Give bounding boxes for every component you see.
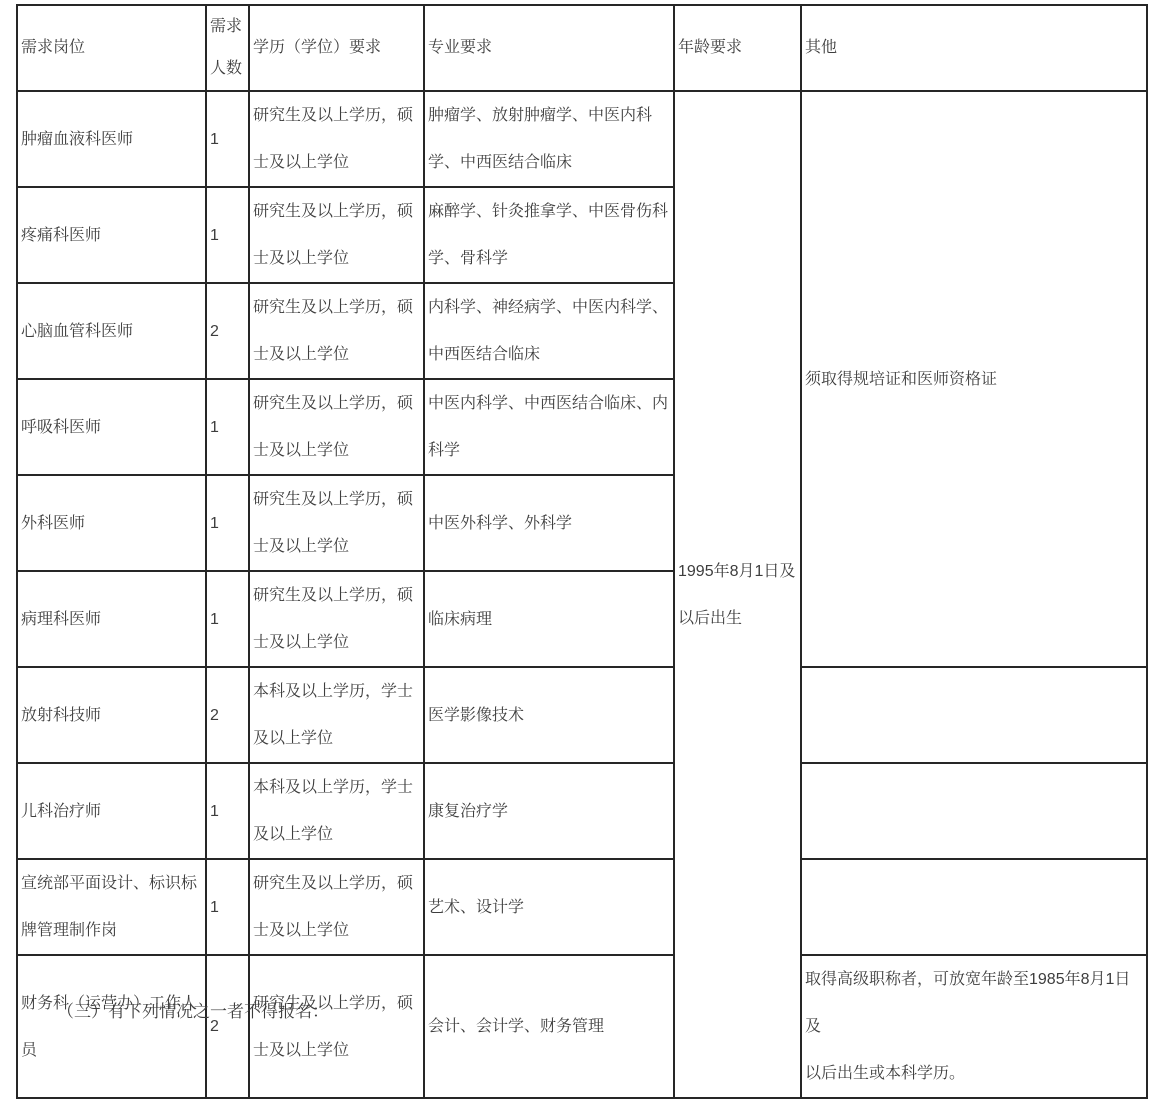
column-header-major: 专业要求 [424,5,674,91]
cell-major: 会计、会计学、财务管理 [424,955,674,1098]
cell-major: 医学影像技术 [424,667,674,763]
cell-degree: 研究生及以上学历，硕 士及以上学位 [249,379,424,475]
cell-degree: 研究生及以上学历，硕 士及以上学位 [249,571,424,667]
cell-major: 中医外科学、外科学 [424,475,674,571]
cell-other-empty [801,859,1147,955]
cell-count: 1 [206,475,249,571]
cell-degree: 研究生及以上学历，硕 士及以上学位 [249,187,424,283]
column-header-degree: 学历（学位）要求 [249,5,424,91]
cell-post: 财务科（运营办）工作人 员 [17,955,206,1098]
cell-count: 2 [206,667,249,763]
cell-degree: 本科及以上学历，学士 及以上学位 [249,667,424,763]
cell-count: 1 [206,571,249,667]
cell-count: 1 [206,763,249,859]
recruitment-table: 需求岗位 需求 人数 学历（学位）要求 专业要求 年龄要求 其他 肿瘤血液科医师… [16,4,1148,1099]
cell-major: 内科学、神经病学、中医内科学、 中西医结合临床 [424,283,674,379]
column-header-age: 年龄要求 [674,5,801,91]
cell-degree: 研究生及以上学历，硕 士及以上学位 [249,955,424,1098]
cell-count: 2 [206,955,249,1098]
cell-post: 外科医师 [17,475,206,571]
cell-count: 1 [206,187,249,283]
cell-major: 临床病理 [424,571,674,667]
cell-post: 心脑血管科医师 [17,283,206,379]
cell-degree: 研究生及以上学历，硕 士及以上学位 [249,475,424,571]
footer-note: （三）有下列情况之一者不得报名： [57,1000,329,1024]
column-header-post: 需求岗位 [17,5,206,91]
header-row: 需求岗位 需求 人数 学历（学位）要求 专业要求 年龄要求 其他 [17,5,1147,91]
cell-count: 2 [206,283,249,379]
cell-other-empty [801,763,1147,859]
column-header-count: 需求 人数 [206,5,249,91]
cell-post: 儿科治疗师 [17,763,206,859]
cell-degree: 研究生及以上学历，硕 士及以上学位 [249,91,424,187]
table-row: 宣统部平面设计、标识标 牌管理制作岗 1 研究生及以上学历，硕 士及以上学位 艺… [17,859,1147,955]
cell-degree: 本科及以上学历，学士 及以上学位 [249,763,424,859]
cell-major: 肿瘤学、放射肿瘤学、中医内科 学、中西医结合临床 [424,91,674,187]
table-row: 放射科技师 2 本科及以上学历，学士 及以上学位 医学影像技术 [17,667,1147,763]
cell-other-empty [801,667,1147,763]
cell-other-last: 取得高级职称者，可放宽年龄至1985年8月1日及 以后出生或本科学历。 [801,955,1147,1098]
cell-post: 宣统部平面设计、标识标 牌管理制作岗 [17,859,206,955]
cell-post: 病理科医师 [17,571,206,667]
cell-count: 1 [206,379,249,475]
cell-count: 1 [206,91,249,187]
cell-post: 疼痛科医师 [17,187,206,283]
cell-count: 1 [206,859,249,955]
table-row: 财务科（运营办）工作人 员 2 研究生及以上学历，硕 士及以上学位 会计、会计学… [17,955,1147,1098]
cell-post: 呼吸科医师 [17,379,206,475]
table-row: 肿瘤血液科医师 1 研究生及以上学历，硕 士及以上学位 肿瘤学、放射肿瘤学、中医… [17,91,1147,187]
cell-age-requirement: 1995年8月1日及 以后出生 [674,91,801,1098]
cell-post: 肿瘤血液科医师 [17,91,206,187]
cell-other-merged: 须取得规培证和医师资格证 [801,91,1147,667]
column-header-other: 其他 [801,5,1147,91]
cell-major: 麻醉学、针灸推拿学、中医骨伤科 学、骨科学 [424,187,674,283]
table-row: 儿科治疗师 1 本科及以上学历，学士 及以上学位 康复治疗学 [17,763,1147,859]
cell-major: 中医内科学、中西医结合临床、内 科学 [424,379,674,475]
cell-major: 艺术、设计学 [424,859,674,955]
cell-post: 放射科技师 [17,667,206,763]
cell-degree: 研究生及以上学历，硕 士及以上学位 [249,859,424,955]
cell-major: 康复治疗学 [424,763,674,859]
cell-degree: 研究生及以上学历，硕 士及以上学位 [249,283,424,379]
